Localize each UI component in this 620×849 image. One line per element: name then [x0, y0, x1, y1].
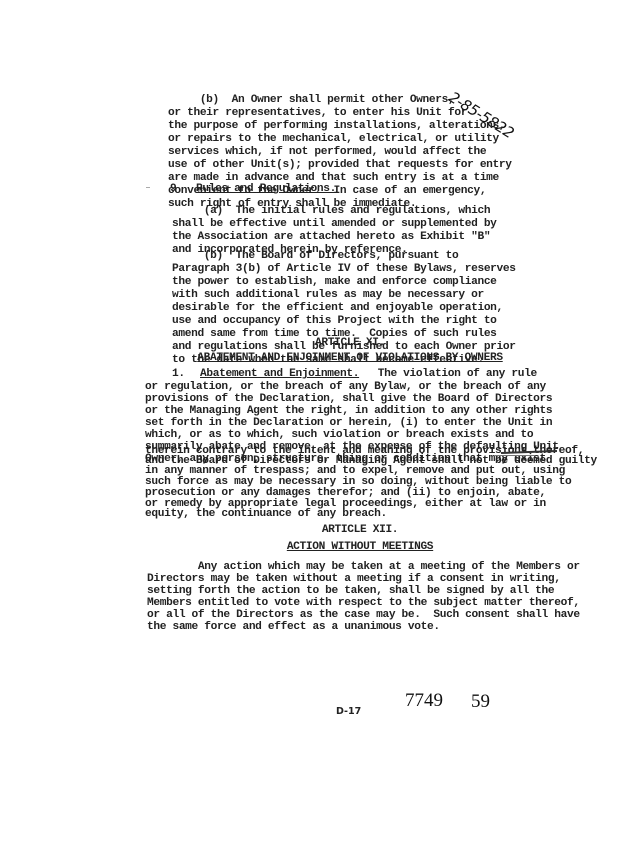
text-line: shall be effective until amended or supp… — [172, 218, 497, 231]
text-line: the Association are attached hereto as E… — [172, 231, 490, 244]
text-line: use and occupancy of this Project with t… — [172, 315, 497, 328]
page-number-stamp: 59 — [471, 691, 490, 713]
article-subtitle: ACTION WITHOUT MEETINGS — [150, 541, 570, 554]
text-line: the purpose of performing installations,… — [168, 120, 505, 133]
page-code: D-17 — [336, 706, 361, 717]
text-line: the same force and effect as a unanimous… — [147, 621, 440, 634]
text-line: (b) The Board of Directors, pursuant to — [172, 250, 458, 263]
paragraph-heading: Abatement and Enjoinment. — [200, 368, 359, 381]
paragraph-number: 1. — [172, 368, 185, 381]
text-line: or repairs to the mechanical, electrical… — [168, 133, 499, 146]
text-line: services which, if not performed, would … — [168, 146, 486, 159]
text-line: (a) The initial rules and regulations, w… — [172, 205, 490, 218]
text-line: use of other Unit(s); provided that requ… — [168, 159, 512, 172]
text-line: Paragraph 3(b) of Article IV of these By… — [172, 263, 516, 276]
text-line: equity, the continuance of any breach. — [145, 508, 387, 521]
pen-stroke-mark — [495, 455, 535, 456]
document-page: 2-85-5822 (b) An Owner shall permit othe… — [0, 0, 620, 849]
text-line: or their representatives, to enter his U… — [168, 107, 467, 120]
article-subtitle: ABATEMENT AND ENJOINMENT OF VIOLATIONS B… — [150, 352, 550, 365]
text-line: The violation of any rule — [365, 368, 537, 381]
text-line: the power to establish, make and enforce… — [172, 276, 497, 289]
article-title: ARTICLE XII. — [150, 524, 570, 537]
section-number: 9. — [170, 183, 183, 196]
article-title: ARTICLE XI. — [150, 337, 550, 350]
text-line: with such additional rules as may be nec… — [172, 289, 484, 302]
text-line: (b) An Owner shall permit other Owners, — [168, 94, 454, 107]
section-heading: Rules and Regulations. — [196, 183, 336, 196]
scan-speck — [146, 187, 150, 188]
book-number-stamp: 7749 — [405, 690, 443, 712]
text-line: desirable for the efficient and enjoyabl… — [172, 302, 503, 315]
